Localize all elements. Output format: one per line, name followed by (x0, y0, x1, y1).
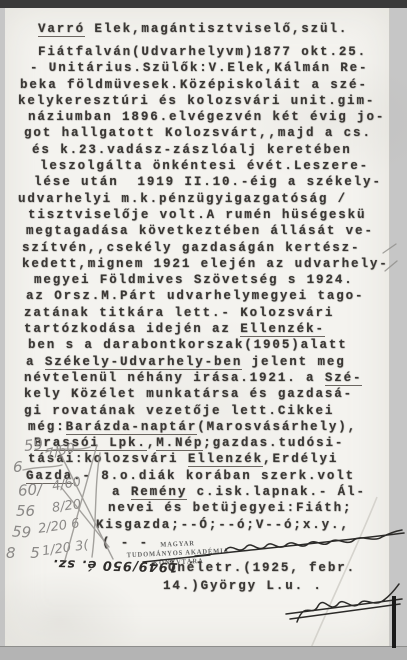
typed-text: beka földmüvesek.Középiskoláit a szé- (20, 78, 368, 92)
typed-text: udvarhelyi m.k.pénzügyigazgatóság / (18, 192, 347, 206)
typed-line: ben s a darabontkorszak(1905)alatt (0, 337, 407, 353)
pencil-number: 59 (12, 524, 32, 540)
typed-text: ben s a darabontkorszak(1905)alatt (28, 338, 348, 352)
pencil-number: 6 (13, 460, 23, 475)
typed-text: c.isk.lapnak.- Ál- (187, 485, 366, 499)
underlined-text: Remény (131, 485, 187, 500)
underlined-text: Székely-Udvarhely-ben (45, 355, 242, 370)
typed-text: Elek,magántisztviselő,szül. (85, 22, 348, 36)
typed-text: és k.23.vadász-zászlóalj keretében (32, 143, 352, 157)
typed-text: lése után 1919 II.10.-éig a székely- (34, 175, 382, 189)
typed-line: tartózkodása idején az Ellenzék- (0, 321, 407, 337)
underlined-text: Ellenzék- (240, 322, 325, 337)
typed-line: lése után 1919 II.10.-éig a székely- (0, 174, 407, 190)
typed-line: még:Barázda-naptár(Marosvásárhely), (0, 419, 407, 435)
typed-text: nevei és betüjegyei:Fiáth; (108, 501, 352, 515)
typed-text: .- 8.o.diák korában szerk.volt (73, 469, 355, 483)
typed-text: tisztviselője volt.A rumén hüségeskü (28, 208, 366, 222)
typed-text: kedett,mignem 1921 elején az udvarhely- (22, 257, 389, 271)
typed-line: tisztviselője volt.A rumén hüségeskü (0, 207, 407, 223)
typed-text: tartózkodása idején az (24, 322, 240, 336)
typed-text: , (147, 436, 156, 450)
typed-text: gi rovatának vezetője lett.Cikkei (24, 404, 334, 418)
typed-line: - Unitárius.Szülők:V.Elek,Kálmán Re- (0, 60, 407, 76)
typed-text: - Unitárius.Szülők:V.Elek,Kálmán Re- (30, 61, 368, 75)
typed-text: zatának titkára lett.- Kolozsvári (24, 306, 334, 320)
pencil-number: 59 (23, 437, 44, 454)
underlined-text: Barázda-naptár (66, 420, 198, 435)
typed-line: kelykeresztúri és kolozsvári unit.gim- (0, 93, 407, 109)
typed-body: Fiátfalván(Udvarhelyvm)1877 okt.25.- Uni… (0, 44, 407, 533)
typed-line: kely Közélet munkatársa és gazdasá- (0, 386, 407, 402)
typed-text: jelent meg (242, 355, 345, 369)
scan-top-border (0, 0, 407, 8)
typed-line: megtagadása következtében állását ve- (0, 223, 407, 239)
typed-line: udvarhelyi m.k.pénzügyigazgatóság / (0, 191, 407, 207)
typed-line: a Székely-Udvarhely-ben jelent meg (0, 354, 407, 370)
underlined-text: Szé- (325, 371, 363, 386)
footer-source-line: Önéletr.(1925, febr. (168, 561, 356, 575)
typed-text: a (26, 355, 45, 369)
typed-text: megyei Földmives Szövetség s 1924. (34, 273, 354, 287)
footer-address-line: 14.)György L.u. . (163, 579, 323, 593)
typed-line: és k.23.vadász-zászlóalj keretében (0, 142, 407, 158)
typed-line: zatának titkára lett.- Kolozsvári (0, 305, 407, 321)
typed-text: (Marosvásárhely), (197, 420, 357, 434)
typed-line: Varró Elek,magántisztviselő,szül. (0, 21, 407, 37)
typed-line: névtelenül néhány irása.1921. a Szé- (0, 370, 407, 386)
typed-line: got hallgatott Kolozsvárt,,majd a cs. (0, 125, 407, 141)
pencil-number: 60/ (18, 482, 43, 499)
typed-text: névtelenül néhány irása.1921. a (24, 371, 325, 385)
typed-text: megtagadása következtében állását ve- (26, 224, 374, 238)
typed-text: Fiátfalván(Udvarhelyvm)1877 okt.25. (38, 45, 367, 59)
typed-text: az Orsz.M.Párt udvarhelymegyei tago- (26, 289, 364, 303)
typed-text: még: (28, 420, 66, 434)
typed-text: szítvén,,csekély gazdaságán kertész- (22, 241, 360, 255)
typed-text: kelykeresztúri és kolozsvári unit.gim- (18, 94, 375, 108)
typed-text: got hallgatott Kolozsvárt,,majd a cs. (24, 126, 372, 140)
card-title: Varró Elek,magántisztviselő,szül. (0, 21, 407, 37)
typed-line: szítvén,,csekély gazdaságán kertész- (0, 240, 407, 256)
typed-text: ,Erdélyi (263, 452, 338, 466)
scanned-index-card-page: Varró Elek,magántisztviselő,szül. Fiátfa… (0, 0, 407, 660)
typed-text: náziumban 1896.elvégezvén két évig jo- (28, 110, 385, 124)
typed-line: náziumban 1896.elvégezvén két évig jo- (0, 109, 407, 125)
scan-bottom-border (0, 646, 407, 660)
typed-line: az Orsz.M.Párt udvarhelymegyei tago- (0, 288, 407, 304)
typed-line: Fiátfalván(Udvarhelyvm)1877 okt.25. (0, 44, 407, 60)
underlined-text: Varró (38, 22, 85, 37)
typed-line: beka földmüvesek.Középiskoláit a szé- (0, 77, 407, 93)
typed-text: kely Közélet munkatársa és gazdasá- (24, 387, 353, 401)
underlined-text: Ellenzék (188, 452, 263, 467)
typed-text: Kisgazda;--Ó;--ó;V--ó;x.y., (96, 518, 350, 532)
typed-line: leszolgálta önkéntesi évét.Leszere- (0, 158, 407, 174)
pencil-number: 56 (16, 504, 35, 519)
typed-line: gi rovatának vezetője lett.Cikkei (0, 403, 407, 419)
scan-edge-bar (392, 596, 396, 648)
typed-line: megyei Földmives Szövetség s 1924. (0, 272, 407, 288)
underlined-text: M.Nép (156, 436, 203, 451)
typed-text: ;gazdas.tudósi- (203, 436, 344, 450)
typed-text: leszolgálta önkéntesi évét.Leszere- (40, 159, 369, 173)
typed-text: a (112, 485, 131, 499)
typed-line: kedett,mignem 1921 elején az udvarhely- (0, 256, 407, 272)
